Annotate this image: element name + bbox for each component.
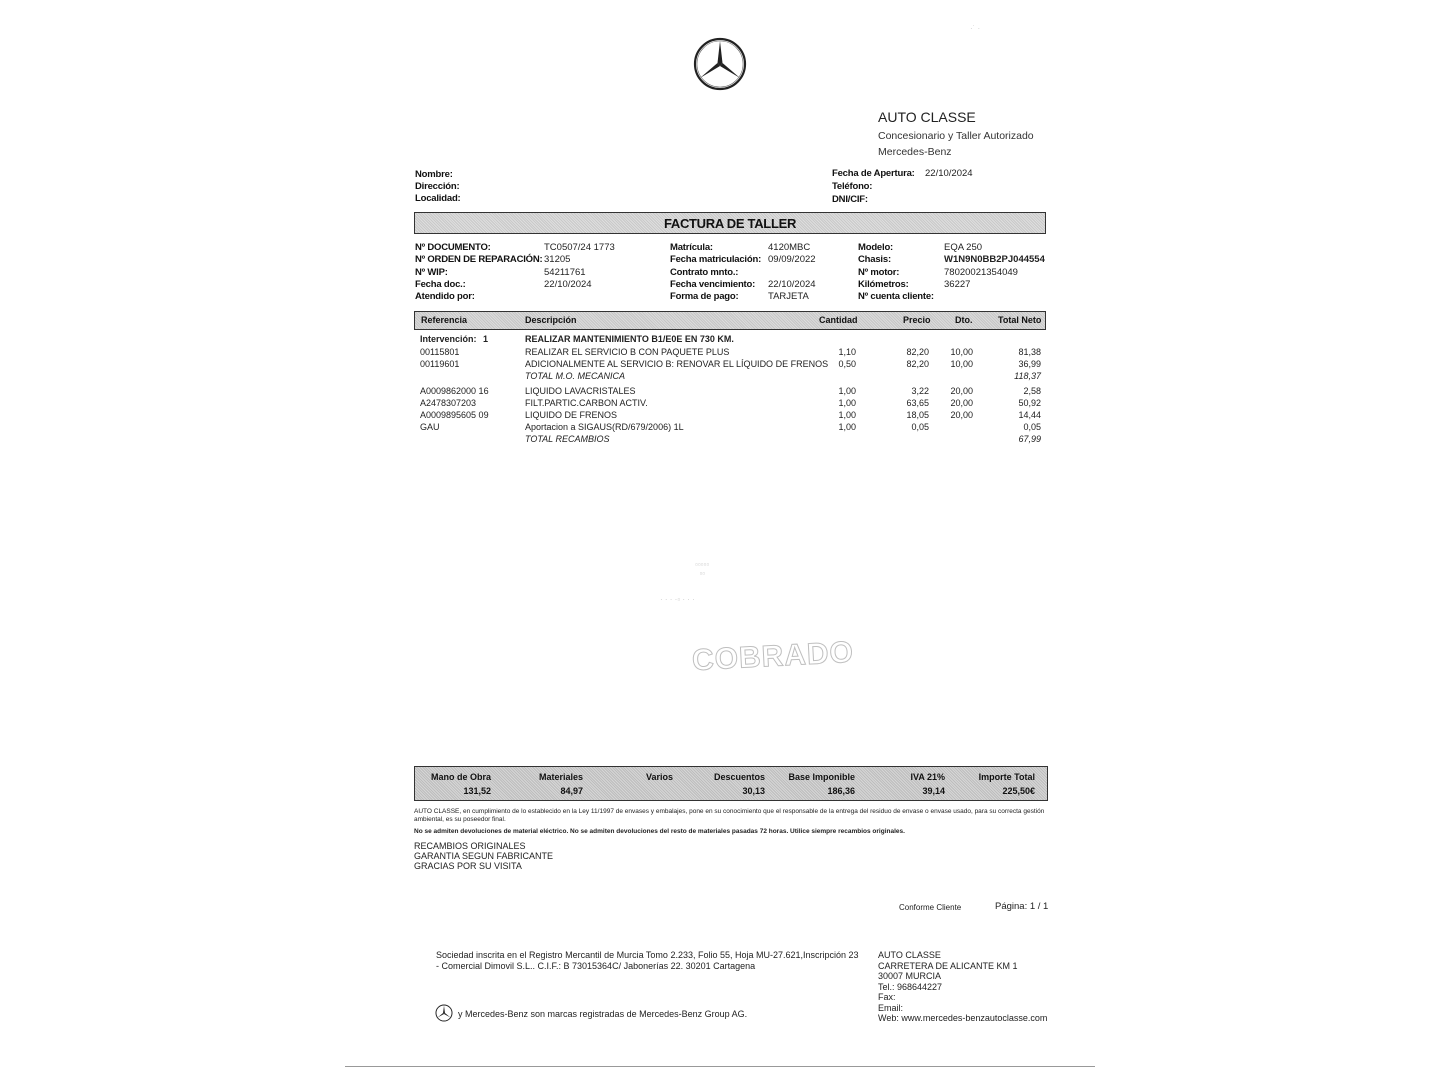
doc-info-value: TC0507/24 1773 (544, 242, 615, 253)
materiales-label: Materiales (539, 772, 583, 782)
address-line: CARRETERA DE ALICANTE KM 1 (878, 961, 1047, 972)
address-line: 30007 MURCIA (878, 971, 1047, 982)
website-line: Web: www.mercedes-benzautoclasse.com (878, 1013, 1047, 1024)
varios-label: Varios (646, 772, 673, 782)
note-line: RECAMBIOS ORIGINALES (414, 841, 553, 851)
doc-info-label: Nº motor: (858, 267, 899, 278)
item-total: 2,58 (961, 386, 1041, 396)
intervention-label: Intervención: (420, 334, 477, 344)
returns-policy: No se admiten devoluciones de material e… (414, 828, 1050, 836)
labor-total-value: 118,37 (961, 371, 1041, 381)
dealer-address: AUTO CLASSE CARRETERA DE ALICANTE KM 1 3… (878, 950, 1047, 1024)
telefono-label: Teléfono: (832, 181, 872, 192)
importe-total-value: 225,50€ (1002, 786, 1035, 796)
item-quantity: 1,00 (776, 410, 856, 420)
doc-info-value: EQA 250 (944, 242, 982, 253)
col-cantidad: Cantidad (819, 315, 858, 325)
scan-artifact: ·˙ · (970, 24, 980, 33)
doc-info-label: Nº ORDEN DE REPARACIÓN: (415, 254, 542, 265)
page-number: Página: 1 / 1 (995, 901, 1048, 912)
doc-info-value: 22/10/2024 (544, 279, 592, 290)
registry-line: Sociedad inscrita en el Registro Mercant… (436, 950, 859, 961)
col-descripcion: Descripción (525, 315, 577, 325)
mercedes-star-small-icon (435, 1004, 453, 1022)
doc-info-value: TARJETA (768, 291, 809, 302)
importe-total-label: Importe Total (979, 772, 1035, 782)
closing-notes: RECAMBIOS ORIGINALES GARANTIA SEGUN FABR… (414, 841, 553, 871)
doc-info-value: 4120MBC (768, 242, 810, 253)
item-total: 81,38 (961, 347, 1041, 357)
page-edge-line (345, 1066, 1095, 1067)
dealer-name: AUTO CLASSE (878, 109, 976, 125)
parts-total-value: 67,99 (961, 434, 1041, 444)
totals-bar: Mano de Obra 131,52 Materiales 84,97 Var… (414, 766, 1048, 801)
base-imponible-label: Base Imponible (788, 772, 855, 782)
doc-info-value: 22/10/2024 (768, 279, 816, 290)
phone-line: Tel.: 968644227 (878, 982, 1047, 993)
fecha-apertura-value: 22/10/2024 (925, 168, 973, 179)
packaging-legal-notice: AUTO CLASSE, en cumplimiento de lo estab… (414, 808, 1050, 824)
doc-info-value: 54211761 (544, 267, 586, 278)
item-quantity: 1,10 (776, 347, 856, 357)
items-table-header: Referencia Descripción Cantidad Precio D… (414, 311, 1046, 330)
item-reference: A0009895605 09 (420, 410, 489, 420)
stamp-residue: ▫▫▫▫▫ ▫▫ (695, 560, 709, 578)
doc-info-label: Matrícula: (670, 242, 713, 253)
doc-info-label: Fecha matriculación: (670, 254, 761, 265)
dealer-brand: Mercedes-Benz (878, 146, 952, 158)
item-quantity: 1,00 (776, 422, 856, 432)
item-reference: GAU (420, 422, 440, 432)
fecha-apertura-label: Fecha de Apertura: (832, 168, 915, 179)
item-price: 0,05 (849, 422, 929, 432)
iva-value: 39,14 (922, 786, 945, 796)
item-total: 14,44 (961, 410, 1041, 420)
paid-stamp: COBRADO (691, 636, 855, 678)
trademark-notice: y Mercedes-Benz son marcas registradas d… (458, 1009, 747, 1020)
doc-info-label: Fecha vencimiento: (670, 279, 755, 290)
item-reference: 00119601 (420, 359, 459, 369)
direccion-label: Dirección: (415, 181, 459, 192)
iva-label: IVA 21% (910, 772, 945, 782)
doc-info-label: Nº cuenta cliente: (858, 291, 934, 302)
base-imponible-value: 186,36 (827, 786, 855, 796)
customer-signature-label: Conforme Cliente (899, 903, 961, 912)
doc-info-label: Nº WIP: (415, 267, 448, 278)
dni-label: DNI/CIF: (832, 194, 868, 205)
descuentos-label: Descuentos (714, 772, 765, 782)
mano-obra-label: Mano de Obra (431, 772, 491, 782)
registry-line: - Comercial Dimovil S.L.. C.I.F.: B 7301… (436, 961, 859, 972)
item-quantity: 0,50 (776, 359, 856, 369)
item-quantity: 1,00 (776, 386, 856, 396)
doc-info-label: Forma de pago: (670, 291, 738, 302)
nombre-label: Nombre: (415, 169, 453, 180)
dealer-subtitle: Concesionario y Taller Autorizado (878, 130, 1034, 142)
mercedes-star-icon (692, 36, 748, 92)
item-reference: 00115801 (420, 347, 459, 357)
col-total-neto: Total Neto (998, 315, 1041, 325)
labor-total-label: TOTAL M.O. MECANICA (525, 371, 625, 381)
company-registry: Sociedad inscrita en el Registro Mercant… (436, 950, 859, 971)
intervention-number: 1 (483, 334, 488, 344)
doc-info-value: 36227 (944, 279, 970, 290)
item-description: REALIZAR EL SERVICIO B CON PAQUETE PLUS (525, 347, 729, 357)
col-referencia: Referencia (421, 315, 467, 325)
col-dto: Dto. (955, 315, 973, 325)
doc-info-value: W1N9N0BB2PJ044554 (944, 254, 1045, 265)
item-description: FILT.PARTIC.CARBON ACTIV. (525, 398, 648, 408)
address-line: AUTO CLASSE (878, 950, 1047, 961)
doc-info-value: 09/09/2022 (768, 254, 816, 265)
item-description: LIQUIDO DE FRENOS (525, 410, 617, 420)
doc-info-label: Chasis: (858, 254, 891, 265)
item-total: 0,05 (961, 422, 1041, 432)
doc-info-label: Kilómetros: (858, 279, 909, 290)
item-total: 50,92 (961, 398, 1041, 408)
doc-info-label: Fecha doc.: (415, 279, 466, 290)
item-quantity: 1,00 (776, 398, 856, 408)
doc-info-label: Nº DOCUMENTO: (415, 242, 491, 253)
item-total: 36,99 (961, 359, 1041, 369)
note-line: GARANTIA SEGUN FABRICANTE (414, 851, 553, 861)
invoice-title: FACTURA DE TALLER (664, 216, 796, 231)
doc-info-label: Atendido por: (415, 291, 475, 302)
item-description: Aportacion a SIGAUS(RD/679/2006) 1L (525, 422, 684, 432)
mano-obra-value: 131,52 (463, 786, 491, 796)
invoice-title-bar: FACTURA DE TALLER (414, 212, 1046, 234)
materiales-value: 84,97 (560, 786, 583, 796)
fax-line: Fax: (878, 992, 1047, 1003)
doc-info-value: 78020021354049 (944, 267, 1018, 278)
doc-info-value: 31205 (544, 254, 570, 265)
item-reference: A2478307203 (420, 398, 476, 408)
note-line: GRACIAS POR SU VISITA (414, 861, 553, 871)
item-reference: A0009862000 16 (420, 386, 489, 396)
doc-info-label: Modelo: (858, 242, 893, 253)
stamp-residue: · · · ·▫ · · · (660, 595, 695, 604)
descuentos-value: 30,13 (742, 786, 765, 796)
doc-info-label: Contrato mnto.: (670, 267, 738, 278)
item-description: LIQUIDO LAVACRISTALES (525, 386, 636, 396)
localidad-label: Localidad: (415, 193, 461, 204)
intervention-description: REALIZAR MANTENIMIENTO B1/E0E EN 730 KM. (525, 334, 734, 344)
email-line: Email: (878, 1003, 1047, 1014)
parts-total-label: TOTAL RECAMBIOS (525, 434, 610, 444)
col-precio: Precio (903, 315, 931, 325)
